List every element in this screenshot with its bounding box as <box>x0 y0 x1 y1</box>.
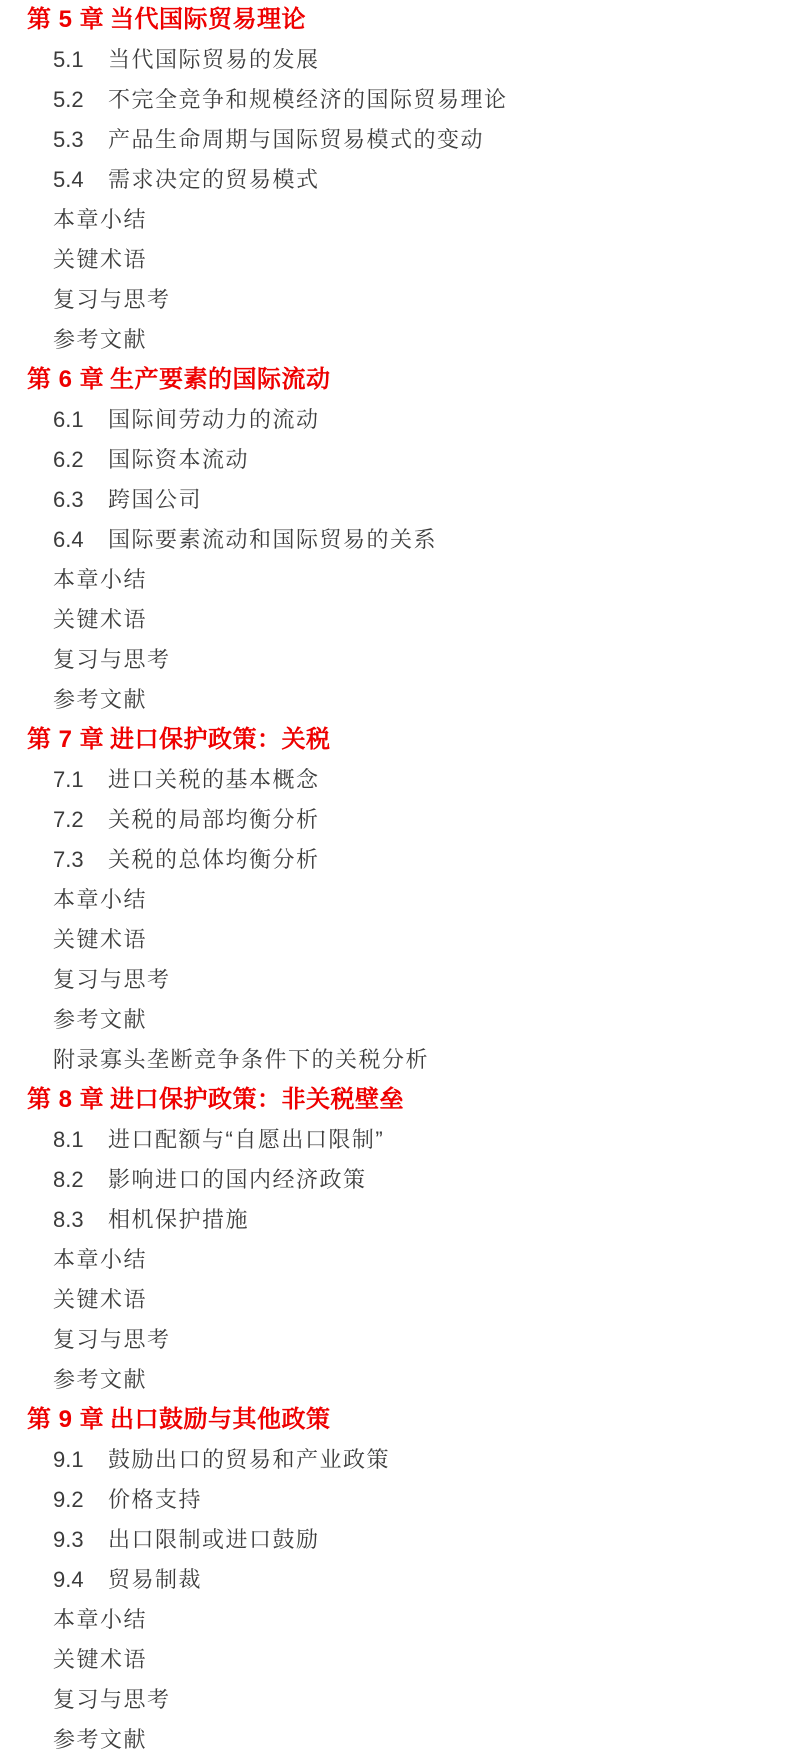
extra-label: 参考文献 <box>53 327 147 352</box>
section-number: 9.4 <box>53 1560 108 1600</box>
extra-label: 复习与思考 <box>53 1327 171 1352</box>
toc-extra-row: 本章小结 <box>0 1240 790 1280</box>
section-number: 9.3 <box>53 1520 108 1560</box>
section-number: 5.3 <box>53 120 108 160</box>
chapter-heading: 第 9 章出口鼓励与其他政策 <box>0 1400 790 1440</box>
extra-label: 复习与思考 <box>53 967 171 992</box>
extra-label: 参考文献 <box>53 1727 147 1752</box>
section-number: 8.3 <box>53 1200 108 1240</box>
section-title: 关税的局部均衡分析 <box>108 807 320 832</box>
chapter-title: 进口保护政策：非关税壁垒 <box>110 1086 404 1113</box>
toc-extra-row: 参考文献 <box>0 320 790 360</box>
toc-extra-row: 参考文献 <box>0 1720 790 1760</box>
section-number: 5.2 <box>53 80 108 120</box>
table-of-contents: 第 5 章当代国际贸易理论5.1当代国际贸易的发展5.2不完全竞争和规模经济的国… <box>0 0 790 1760</box>
extra-label: 本章小结 <box>53 887 147 912</box>
toc-extra-row: 关键术语 <box>0 920 790 960</box>
toc-extra-row: 关键术语 <box>0 240 790 280</box>
chapter-number: 第 6 章 <box>27 360 110 400</box>
chapter-number: 第 9 章 <box>27 1400 110 1440</box>
section-number: 6.1 <box>53 400 108 440</box>
extra-label: 参考文献 <box>53 1367 147 1392</box>
section-title: 价格支持 <box>108 1487 202 1512</box>
toc-section-row: 9.4贸易制裁 <box>0 1560 790 1600</box>
extra-label: 关键术语 <box>53 927 147 952</box>
section-title: 相机保护措施 <box>108 1207 249 1232</box>
chapter-title: 出口鼓励与其他政策 <box>110 1406 331 1433</box>
toc-section-row: 6.3跨国公司 <box>0 480 790 520</box>
toc-section-row: 9.2价格支持 <box>0 1480 790 1520</box>
section-title: 贸易制裁 <box>108 1567 202 1592</box>
extra-label: 附录寡头垄断竞争条件下的关税分析 <box>53 1047 429 1072</box>
chapter-heading: 第 5 章当代国际贸易理论 <box>0 0 790 40</box>
section-number: 7.1 <box>53 760 108 800</box>
toc-extra-row: 复习与思考 <box>0 1320 790 1360</box>
extra-label: 复习与思考 <box>53 287 171 312</box>
toc-section-row: 5.4需求决定的贸易模式 <box>0 160 790 200</box>
extra-label: 本章小结 <box>53 1247 147 1272</box>
toc-section-row: 8.2影响进口的国内经济政策 <box>0 1160 790 1200</box>
chapter-number: 第 5 章 <box>27 0 110 40</box>
section-number: 6.3 <box>53 480 108 520</box>
section-title: 产品生命周期与国际贸易模式的变动 <box>108 127 484 152</box>
section-number: 5.1 <box>53 40 108 80</box>
toc-section-row: 8.1进口配额与“自愿出口限制” <box>0 1120 790 1160</box>
section-title: 影响进口的国内经济政策 <box>108 1167 367 1192</box>
extra-label: 参考文献 <box>53 1007 147 1032</box>
toc-extra-row: 本章小结 <box>0 560 790 600</box>
section-title: 鼓励出口的贸易和产业政策 <box>108 1447 390 1472</box>
toc-extra-row: 本章小结 <box>0 1600 790 1640</box>
extra-label: 本章小结 <box>53 1607 147 1632</box>
section-title: 需求决定的贸易模式 <box>108 167 320 192</box>
toc-section-row: 5.2不完全竞争和规模经济的国际贸易理论 <box>0 80 790 120</box>
chapter-title: 当代国际贸易理论 <box>110 6 306 33</box>
chapter-number: 第 7 章 <box>27 720 110 760</box>
extra-label: 本章小结 <box>53 207 147 232</box>
chapter-heading: 第 8 章进口保护政策：非关税壁垒 <box>0 1080 790 1120</box>
toc-section-row: 8.3相机保护措施 <box>0 1200 790 1240</box>
toc-section-row: 7.2关税的局部均衡分析 <box>0 800 790 840</box>
toc-section-row: 9.1鼓励出口的贸易和产业政策 <box>0 1440 790 1480</box>
chapter-title: 生产要素的国际流动 <box>110 366 331 393</box>
extra-label: 关键术语 <box>53 1287 147 1312</box>
chapter-heading: 第 7 章进口保护政策：关税 <box>0 720 790 760</box>
section-number: 7.3 <box>53 840 108 880</box>
toc-section-row: 7.1进口关税的基本概念 <box>0 760 790 800</box>
toc-extra-row: 参考文献 <box>0 680 790 720</box>
section-number: 5.4 <box>53 160 108 200</box>
chapter-heading: 第 6 章生产要素的国际流动 <box>0 360 790 400</box>
toc-section-row: 9.3出口限制或进口鼓励 <box>0 1520 790 1560</box>
toc-extra-row: 关键术语 <box>0 1640 790 1680</box>
toc-extra-row: 关键术语 <box>0 1280 790 1320</box>
toc-extra-row: 附录寡头垄断竞争条件下的关税分析 <box>0 1040 790 1080</box>
toc-extra-row: 复习与思考 <box>0 1680 790 1720</box>
section-number: 8.2 <box>53 1160 108 1200</box>
toc-section-row: 7.3关税的总体均衡分析 <box>0 840 790 880</box>
section-number: 6.2 <box>53 440 108 480</box>
toc-section-row: 6.1国际间劳动力的流动 <box>0 400 790 440</box>
toc-extra-row: 复习与思考 <box>0 960 790 1000</box>
section-title: 国际要素流动和国际贸易的关系 <box>108 527 437 552</box>
extra-label: 复习与思考 <box>53 647 171 672</box>
toc-extra-row: 复习与思考 <box>0 640 790 680</box>
toc-extra-row: 复习与思考 <box>0 280 790 320</box>
extra-label: 关键术语 <box>53 607 147 632</box>
toc-section-row: 6.2国际资本流动 <box>0 440 790 480</box>
extra-label: 本章小结 <box>53 567 147 592</box>
section-title: 进口配额与“自愿出口限制” <box>108 1127 384 1152</box>
section-number: 9.1 <box>53 1440 108 1480</box>
toc-extra-row: 关键术语 <box>0 600 790 640</box>
section-title: 出口限制或进口鼓励 <box>108 1527 320 1552</box>
extra-label: 关键术语 <box>53 1647 147 1672</box>
toc-extra-row: 本章小结 <box>0 880 790 920</box>
toc-extra-row: 参考文献 <box>0 1360 790 1400</box>
chapter-title: 进口保护政策：关税 <box>110 726 331 753</box>
extra-label: 复习与思考 <box>53 1687 171 1712</box>
toc-extra-row: 参考文献 <box>0 1000 790 1040</box>
extra-label: 参考文献 <box>53 687 147 712</box>
section-number: 7.2 <box>53 800 108 840</box>
section-number: 6.4 <box>53 520 108 560</box>
section-title: 进口关税的基本概念 <box>108 767 320 792</box>
extra-label: 关键术语 <box>53 247 147 272</box>
toc-extra-row: 本章小结 <box>0 200 790 240</box>
section-title: 跨国公司 <box>108 487 202 512</box>
section-title: 不完全竞争和规模经济的国际贸易理论 <box>108 87 508 112</box>
toc-section-row: 5.3产品生命周期与国际贸易模式的变动 <box>0 120 790 160</box>
section-title: 当代国际贸易的发展 <box>108 47 320 72</box>
toc-section-row: 5.1当代国际贸易的发展 <box>0 40 790 80</box>
section-title: 关税的总体均衡分析 <box>108 847 320 872</box>
section-number: 9.2 <box>53 1480 108 1520</box>
chapter-number: 第 8 章 <box>27 1080 110 1120</box>
toc-section-row: 6.4国际要素流动和国际贸易的关系 <box>0 520 790 560</box>
section-number: 8.1 <box>53 1120 108 1160</box>
section-title: 国际资本流动 <box>108 447 249 472</box>
section-title: 国际间劳动力的流动 <box>108 407 320 432</box>
